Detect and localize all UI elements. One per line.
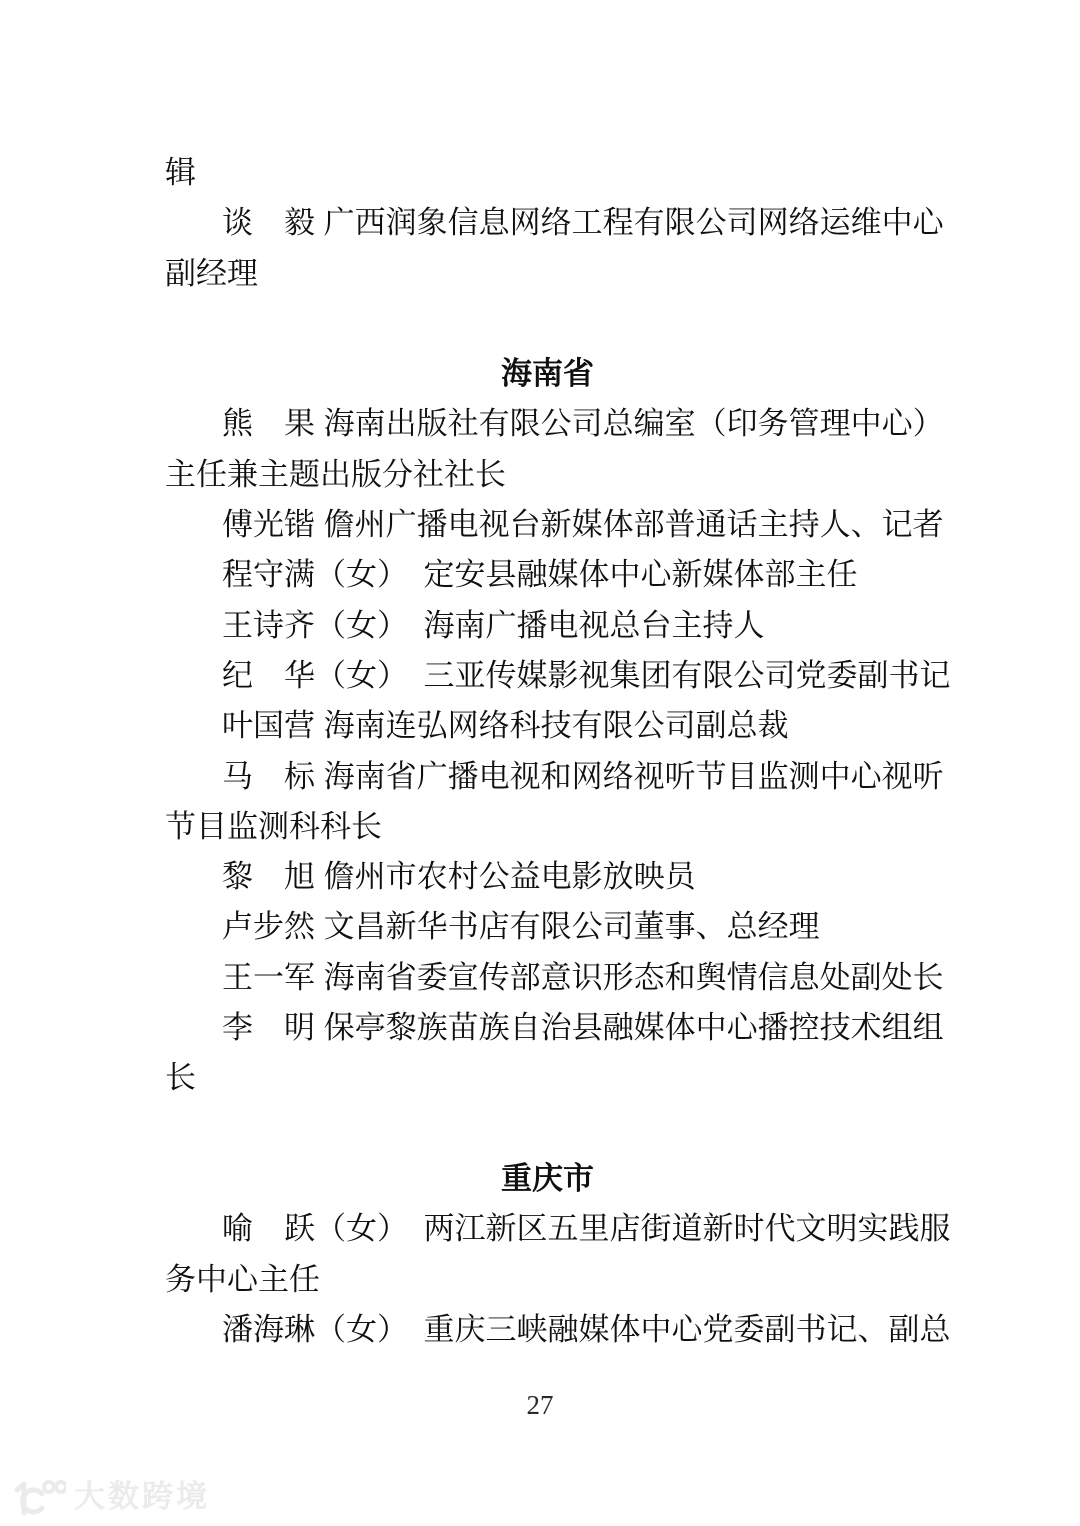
text-line: 叶国营 海南连弘网络科技有限公司副总裁 <box>165 701 955 751</box>
text-line: 程守满（女） 定安县融媒体中心新媒体部主任 <box>165 550 955 600</box>
text-line: 傅光锴 儋州广播电视台新媒体部普通话主持人、记者 <box>165 500 955 550</box>
text-line: 主任兼主题出版分社社长 <box>165 450 955 500</box>
text-line: 谈 毅 广西润象信息网络工程有限公司网络运维中心 <box>165 198 955 248</box>
text-line: 副经理 <box>165 249 955 299</box>
document-body: 辑 谈 毅 广西润象信息网络工程有限公司网络运维中心 副经理 海南省 熊 果 海… <box>165 148 955 1355</box>
watermark: 大数跨境 <box>12 1477 210 1517</box>
text-line: 王诗齐（女） 海南广播电视总台主持人 <box>165 601 955 651</box>
blank-line <box>165 299 955 349</box>
text-line: 潘海琳（女） 重庆三峡融媒体中心党委副书记、副总 <box>165 1305 955 1355</box>
text-line: 纪 华（女） 三亚传媒影视集团有限公司党委副书记 <box>165 651 955 701</box>
blank-line <box>165 1104 955 1154</box>
text-line: 黎 旭 儋州市农村公益电影放映员 <box>165 852 955 902</box>
page-number: 27 <box>0 1390 1080 1421</box>
text-line: 节目监测科科长 <box>165 802 955 852</box>
text-line: 王一军 海南省委宣传部意识形态和舆情信息处副处长 <box>165 953 955 1003</box>
watermark-brand-icon <box>12 1477 66 1517</box>
text-line: 辑 <box>165 148 955 198</box>
section-heading-hainan: 海南省 <box>140 349 955 399</box>
text-line: 务中心主任 <box>165 1255 955 1305</box>
text-line: 李 明 保亭黎族苗族自治县融媒体中心播控技术组组 <box>165 1003 955 1053</box>
text-line: 长 <box>165 1053 955 1103</box>
text-line: 马 标 海南省广播电视和网络视听节目监测中心视听 <box>165 752 955 802</box>
watermark-text: 大数跨境 <box>74 1477 210 1517</box>
text-line: 卢步然 文昌新华书店有限公司董事、总经理 <box>165 902 955 952</box>
text-line: 熊 果 海南出版社有限公司总编室（印务管理中心） <box>165 399 955 449</box>
text-line: 喻 跃（女） 两江新区五里店街道新时代文明实践服 <box>165 1204 955 1254</box>
page: { "page": { "number": "27", "background_… <box>0 0 1080 1526</box>
section-heading-chongqing: 重庆市 <box>140 1154 955 1204</box>
